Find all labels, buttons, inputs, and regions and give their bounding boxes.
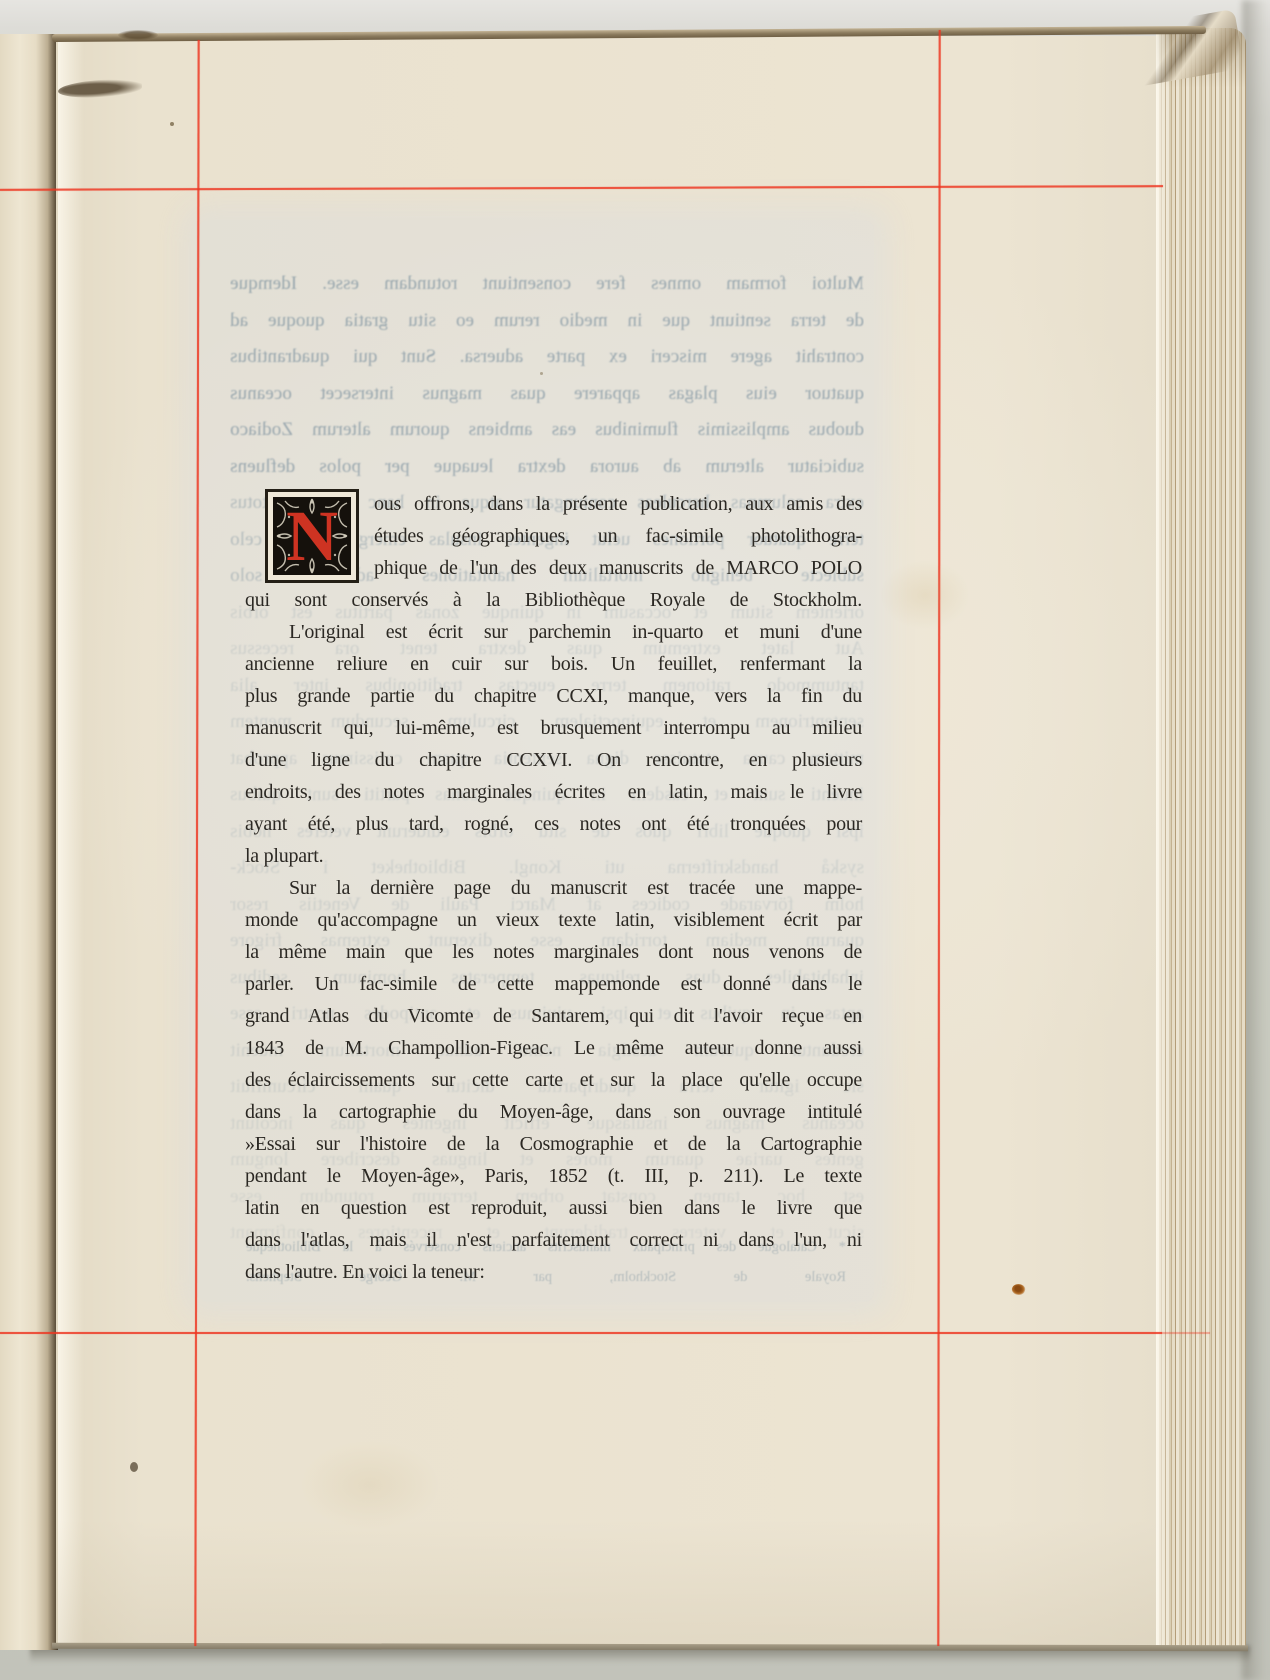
gutter-highlight [58, 38, 84, 1648]
text-line: L'original est écrit sur parchemin in-qu… [245, 616, 862, 648]
ruled-line-bottom-extension [1162, 1332, 1210, 1334]
paragraph-2: L'original est écrit sur parchemin in-qu… [245, 616, 862, 872]
paragraph-3: Sur la dernière page du manuscrit est tr… [245, 872, 862, 1288]
torn-edge-mark [118, 30, 158, 40]
text-line: pendant le Moyen-âge», Paris, 1852 (t. I… [245, 1160, 862, 1192]
illuminated-initial-N: N [265, 489, 359, 583]
book-scan: Multoi formam omnes fere consentiunt rot… [0, 0, 1270, 1680]
text-line: dans l'atlas, mais il n'est parfaitement… [245, 1224, 862, 1256]
initial-letter: N [286, 496, 338, 576]
text-line: la même main que les notes marginales do… [245, 936, 862, 968]
text-block: N ous offrons, dans la présente publicat… [245, 488, 862, 1288]
text-line: dans l'autre. En voici la teneur: [245, 1256, 862, 1288]
text-line: des éclaircissements sur cette carte et … [245, 1064, 862, 1096]
foxing-patch [300, 1440, 440, 1530]
text-line: plus grande partie du chapitre CCXI, man… [245, 680, 862, 712]
ghost-text-line: contrahit agere misceri ex parte aduersa… [230, 339, 864, 376]
ghost-text-line: subiciatur alterum ab aurora dextra leua… [230, 449, 864, 486]
foxing-patch [880, 560, 970, 630]
text-line: ancienne reliure en cuir sur bois. Un fe… [245, 648, 862, 680]
text-line: Sur la dernière page du manuscrit est tr… [245, 872, 862, 904]
gutter-speck [130, 1462, 138, 1472]
text-line: parler. Un fac-simile de cette mappemond… [245, 968, 862, 1000]
paper-speck [540, 372, 543, 375]
ghost-text-line: duobus amplissimis fluminibus eas ambien… [230, 412, 864, 449]
page-bottom-shading [56, 1520, 1158, 1648]
text-line: ayant été, plus tard, rogné, ces notes o… [245, 808, 862, 840]
text-line: monde qu'accompagne un vieux texte latin… [245, 904, 862, 936]
book-side-shadow [1242, 0, 1270, 1680]
ghost-text-line: de terra sentiunt que in medio rerum eo … [230, 303, 864, 340]
ruled-line-bottom [0, 1332, 1162, 1334]
text-line: qui sont conservés à la Bibliothèque Roy… [245, 584, 862, 616]
text-line: endroits, des notes marginales écrites e… [245, 776, 862, 808]
text-line: »Essai sur l'histoire de la Cosmographie… [245, 1128, 862, 1160]
text-line: la plupart. [245, 840, 862, 872]
text-line: latin en question est reproduit, aussi b… [245, 1192, 862, 1224]
text-line: 1843 de M. Champollion-Figeac. Le même a… [245, 1032, 862, 1064]
book-gutter-fold [0, 34, 58, 1650]
text-line: d'une ligne du chapitre CCXVI. On rencon… [245, 744, 862, 776]
ghost-text-line: quatuor eius plagas apparere quas magnus… [230, 376, 864, 413]
paper-speck [170, 122, 174, 126]
text-line: manuscrit qui, lui-même, est brusquement… [245, 712, 862, 744]
page-stack-inner-highlight [1156, 28, 1170, 1648]
text-line: dans la cartographie du Moyen-âge, dans … [245, 1096, 862, 1128]
ghost-text-line: Multoi formam omnes fere consentiunt rot… [230, 266, 864, 303]
text-line: grand Atlas du Vicomte de Santarem, qui … [245, 1000, 862, 1032]
